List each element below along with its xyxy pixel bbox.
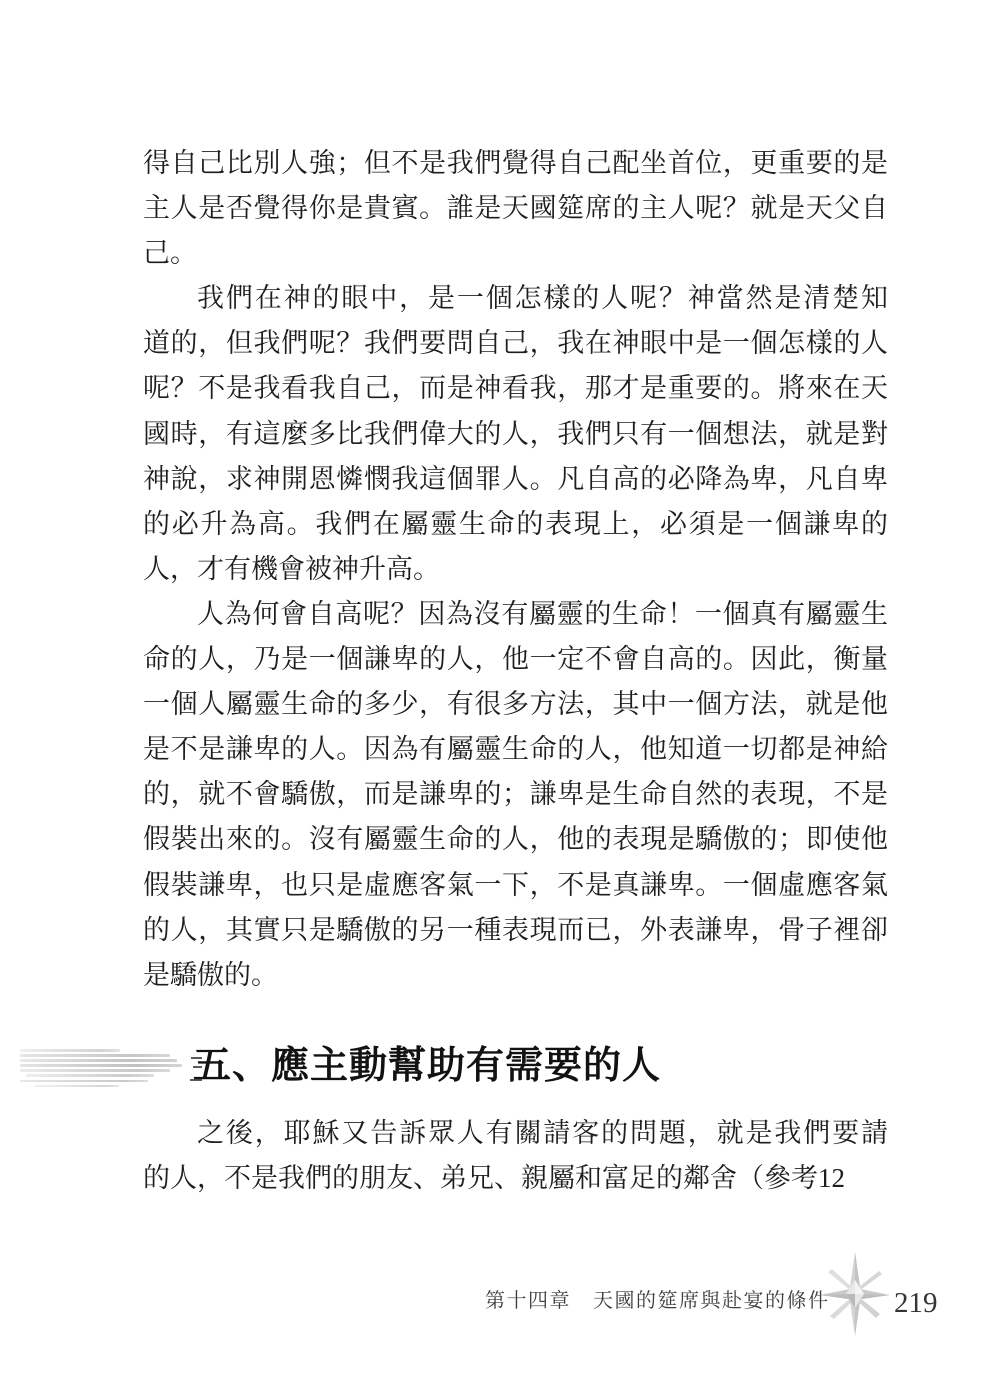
decoration-streak bbox=[20, 1054, 170, 1057]
text-line: 假裝謙卑，也只是虛應客氣一下，不是真謙卑。一個虛應客氣 bbox=[143, 863, 888, 908]
text-line: 的，就不會驕傲，而是謙卑的；謙卑是生命自然的表現，不是 bbox=[143, 772, 888, 817]
decoration-streak bbox=[20, 1059, 177, 1062]
text-line: 之後，耶穌又告訴眾人有關請客的問題，就是我們要請 bbox=[143, 1111, 888, 1156]
decoration-streak bbox=[26, 1074, 154, 1077]
decoration-streak bbox=[20, 1080, 148, 1083]
text-line: 人，才有機會被神升高。 bbox=[143, 547, 888, 592]
paragraph: 人為何會自高呢？因為沒有屬靈的生命！一個真有屬靈生 命的人，乃是一個謙卑的人，他… bbox=[143, 592, 888, 998]
paragraph: 之後，耶穌又告訴眾人有關請客的問題，就是我們要請 的人，不是我們的朋友、弟兄、親… bbox=[143, 1111, 888, 1201]
paragraph: 得自己比別人強；但不是我們覺得自己配坐首位，更重要的是 主人是否覺得你是貴賓。誰… bbox=[143, 141, 888, 276]
text-line: 的必升為高。我們在屬靈生命的表現上，必須是一個謙卑的 bbox=[143, 502, 888, 547]
text-line: 是驕傲的。 bbox=[143, 953, 888, 998]
section-heading: 五、應主動幫助有需要的人 bbox=[193, 1040, 661, 1092]
text-line: 道的，但我們呢？我們要問自己，我在神眼中是一個怎樣的人 bbox=[143, 321, 888, 366]
text-line: 呢？不是我看我自己，而是神看我，那才是重要的。將來在天 bbox=[143, 366, 888, 411]
text-line: 的人，其實只是驕傲的另一種表現而已，外表謙卑，骨子裡卻 bbox=[143, 908, 888, 953]
decoration-streak bbox=[20, 1069, 170, 1072]
text-line: 我們在神的眼中，是一個怎樣的人呢？神當然是清楚知 bbox=[143, 276, 888, 321]
text-line: 國時，有這麼多比我們偉大的人，我們只有一個想法，就是對 bbox=[143, 412, 888, 457]
main-text-block: 得自己比別人強；但不是我們覺得自己配坐首位，更重要的是 主人是否覺得你是貴賓。誰… bbox=[143, 141, 888, 998]
after-heading-text-block: 之後，耶穌又告訴眾人有關請客的問題，就是我們要請 的人，不是我們的朋友、弟兄、親… bbox=[143, 1111, 888, 1201]
text-line: 命的人，乃是一個謙卑的人，他一定不會自高的。因此，衡量 bbox=[143, 637, 888, 682]
heading-decoration-lines bbox=[20, 1049, 190, 1090]
text-line: 神說，求神開恩憐憫我這個罪人。凡自高的必降為卑，凡自卑 bbox=[143, 457, 888, 502]
text-line: 己。 bbox=[143, 231, 888, 276]
text-line: 一個人屬靈生命的多少，有很多方法，其中一個方法，就是他 bbox=[143, 682, 888, 727]
footer-chapter-title: 天國的筵席與赴宴的條件 bbox=[593, 1290, 830, 1312]
page-number: 219 bbox=[894, 1286, 938, 1320]
text-line: 是不是謙卑的人。因為有屬靈生命的人，他知道一切都是神給 bbox=[143, 727, 888, 772]
text-line: 的人，不是我們的朋友、弟兄、親屬和富足的鄰舍（參考12 bbox=[143, 1156, 888, 1201]
decoration-streak bbox=[34, 1085, 119, 1088]
text-line: 人為何會自高呢？因為沒有屬靈的生命！一個真有屬靈生 bbox=[143, 592, 888, 637]
decoration-streak bbox=[20, 1049, 120, 1052]
text-line: 得自己比別人強；但不是我們覺得自己配坐首位，更重要的是 bbox=[143, 141, 888, 186]
footer-running-title: 第十四章天國的筵席與赴宴的條件 bbox=[485, 1288, 830, 1314]
text-line: 假裝出來的。沒有屬靈生命的人，他的表現是驕傲的；即使他 bbox=[143, 817, 888, 862]
paragraph: 我們在神的眼中，是一個怎樣的人呢？神當然是清楚知 道的，但我們呢？我們要問自己，… bbox=[143, 276, 888, 592]
book-page: 得自己比別人強；但不是我們覺得自己配坐首位，更重要的是 主人是否覺得你是貴賓。誰… bbox=[0, 0, 1000, 1390]
decoration-streak bbox=[20, 1064, 182, 1067]
star-sparkle-icon bbox=[818, 1250, 892, 1338]
footer-chapter-label: 第十四章 bbox=[485, 1290, 571, 1312]
text-line: 主人是否覺得你是貴賓。誰是天國筵席的主人呢？就是天父自 bbox=[143, 186, 888, 231]
